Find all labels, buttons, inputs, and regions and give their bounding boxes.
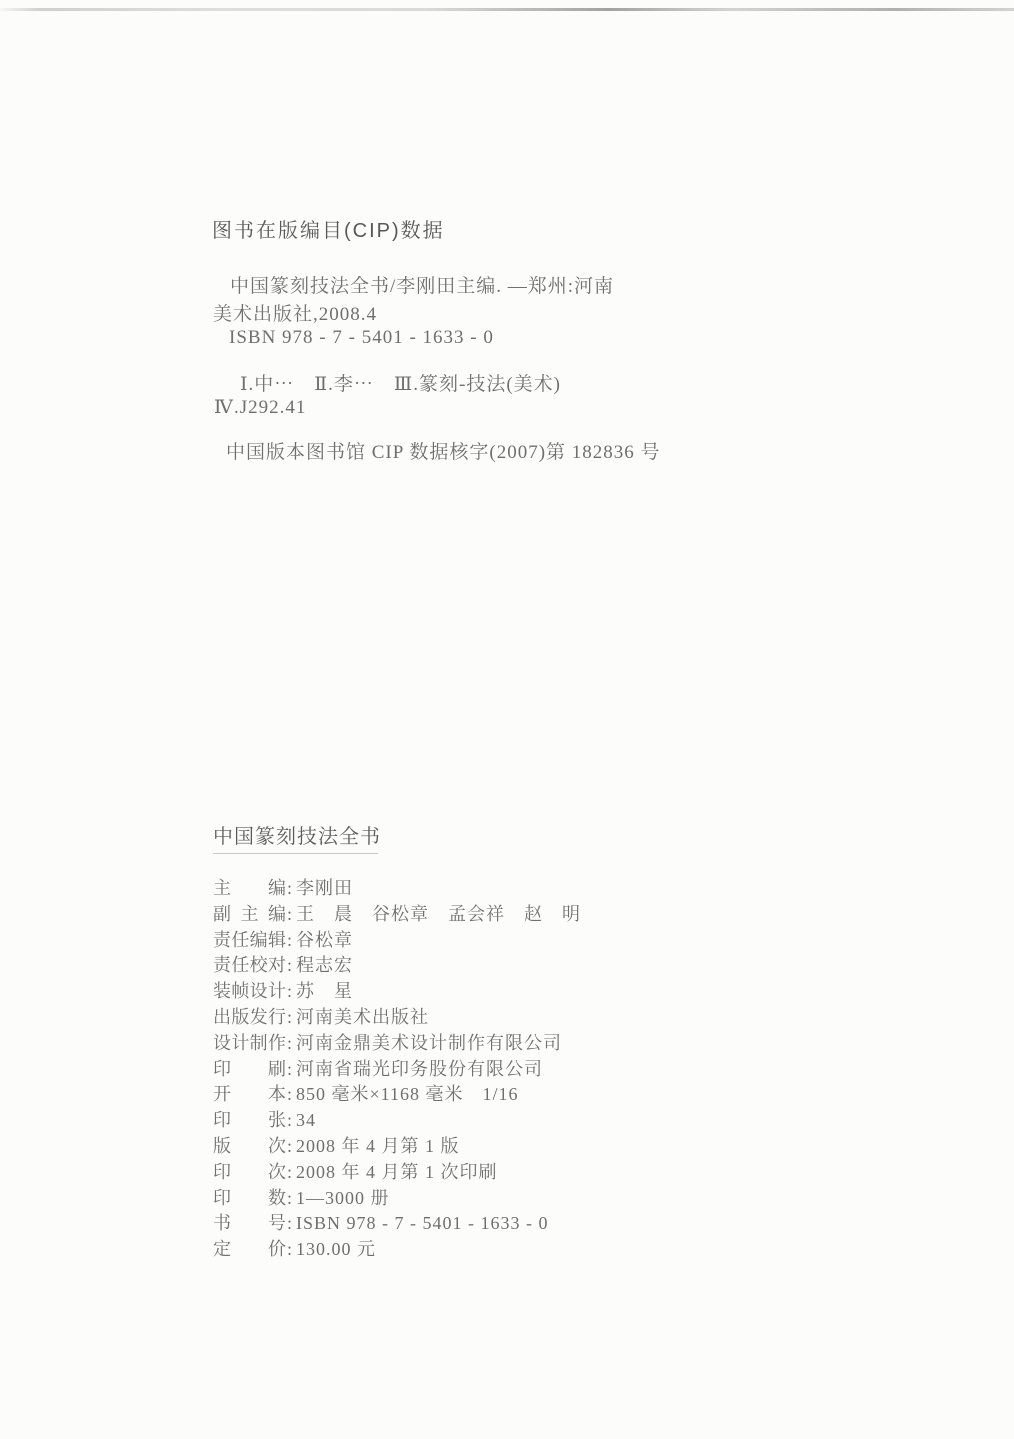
credit-colon: : [287, 1108, 292, 1134]
credit-label: 副主编 [213, 902, 286, 928]
credit-label: 责任校对 [213, 953, 286, 979]
credit-colon: : [287, 1237, 292, 1263]
credit-colon: : [287, 979, 292, 1005]
credit-row-proofreader: 责任校对:程志宏 [213, 953, 581, 979]
credit-value: 130.00 元 [296, 1239, 376, 1259]
credit-colon: : [287, 953, 292, 979]
credit-row-printing: 印次:2008 年 4 月第 1 次印刷 [213, 1160, 581, 1186]
credit-value: 王 晨 谷松章 孟会祥 赵 明 [296, 904, 581, 924]
cip-classification-line-2: Ⅳ.J292.41 [214, 396, 306, 419]
credit-row-binding-design: 装帧设计:苏 星 [213, 979, 581, 1005]
credit-label: 装帧设计 [213, 979, 286, 1005]
credit-label: 设计制作 [213, 1031, 286, 1057]
credit-label: 开本 [213, 1082, 286, 1108]
cip-classification-line-1: Ⅰ.中⋯ Ⅱ.李⋯ Ⅲ.篆刻-技法(美术) [240, 369, 561, 396]
credit-row-format: 开本:850 毫米×1168 毫米 1/16 [213, 1082, 581, 1108]
credit-label: 主编 [213, 876, 286, 902]
credit-row-deputy-editors: 副主编:王 晨 谷松章 孟会祥 赵 明 [213, 902, 581, 928]
credit-value: 程志宏 [296, 955, 353, 975]
credit-value: 河南美术出版社 [296, 1007, 429, 1027]
credit-value: 苏 星 [296, 981, 353, 1001]
credit-value: 谷松章 [296, 930, 353, 950]
credit-row-price: 定价:130.00 元 [213, 1237, 581, 1263]
credit-row-responsible-editor: 责任编辑:谷松章 [213, 928, 581, 954]
book-copyright-page: 图书在版编目(CIP)数据 中国篆刻技法全书/李刚田主编. —郑州:河南 美术出… [0, 0, 1014, 1439]
credit-row-sheets: 印张:34 [213, 1108, 581, 1134]
title-underline [213, 853, 378, 854]
credit-row-edition: 版次:2008 年 4 月第 1 版 [213, 1134, 581, 1160]
credit-label: 责任编辑 [213, 928, 286, 954]
credit-label: 印张 [213, 1108, 286, 1134]
cip-record-number-line: 中国版本图书馆 CIP 数据核字(2007)第 182836 号 [226, 437, 661, 464]
credit-colon: : [287, 1211, 292, 1237]
credit-colon: : [287, 1082, 292, 1108]
credit-label: 印数 [213, 1186, 286, 1212]
credit-row-print-run: 印数:1—3000 册 [213, 1186, 581, 1212]
credit-colon: : [287, 902, 292, 928]
colophon-credits: 主编:李刚田 副主编:王 晨 谷松章 孟会祥 赵 明 责任编辑:谷松章 责任校对… [213, 876, 581, 1263]
credit-label: 版次 [213, 1134, 286, 1160]
credit-colon: : [287, 876, 292, 902]
scan-edge-artifact [0, 8, 1014, 11]
credit-value: 1—3000 册 [296, 1188, 390, 1208]
credit-label: 书号 [213, 1211, 286, 1237]
credit-row-chief-editor: 主编:李刚田 [213, 876, 581, 902]
credit-label: 定价 [213, 1237, 286, 1263]
cip-entry-line-2: 美术出版社,2008.4 [213, 299, 377, 326]
cip-heading: 图书在版编目(CIP)数据 [212, 214, 445, 243]
credit-value: ISBN 978 - 7 - 5401 - 1633 - 0 [296, 1213, 549, 1233]
credit-value: 河南省瑞光印务股份有限公司 [296, 1059, 543, 1079]
credit-value: 河南金鼎美术设计制作有限公司 [296, 1033, 562, 1053]
cip-entry-line-1: 中国篆刻技法全书/李刚田主编. —郑州:河南 [230, 271, 614, 298]
credit-value: 2008 年 4 月第 1 次印刷 [296, 1162, 498, 1182]
book-title: 中国篆刻技法全书 [213, 820, 381, 849]
credit-colon: : [287, 1005, 292, 1031]
credit-colon: : [287, 1134, 292, 1160]
credit-label: 印刷 [213, 1057, 286, 1083]
credit-label: 出版发行 [213, 1005, 286, 1031]
credit-colon: : [287, 928, 292, 954]
credit-row-publisher: 出版发行:河南美术出版社 [213, 1005, 581, 1031]
credit-row-design-production: 设计制作:河南金鼎美术设计制作有限公司 [213, 1031, 581, 1057]
credit-value: 34 [296, 1110, 316, 1130]
credit-row-isbn: 书号:ISBN 978 - 7 - 5401 - 1633 - 0 [213, 1211, 581, 1237]
credit-value: 850 毫米×1168 毫米 1/16 [296, 1084, 518, 1104]
credit-colon: : [287, 1057, 292, 1083]
credit-value: 李刚田 [296, 878, 353, 898]
credit-colon: : [287, 1186, 292, 1212]
credit-colon: : [287, 1160, 292, 1186]
credit-row-printer: 印刷:河南省瑞光印务股份有限公司 [213, 1057, 581, 1083]
credit-value: 2008 年 4 月第 1 版 [296, 1136, 460, 1156]
credit-label: 印次 [213, 1160, 286, 1186]
cip-isbn-line: ISBN 978 - 7 - 5401 - 1633 - 0 [229, 327, 494, 349]
credit-colon: : [287, 1031, 292, 1057]
